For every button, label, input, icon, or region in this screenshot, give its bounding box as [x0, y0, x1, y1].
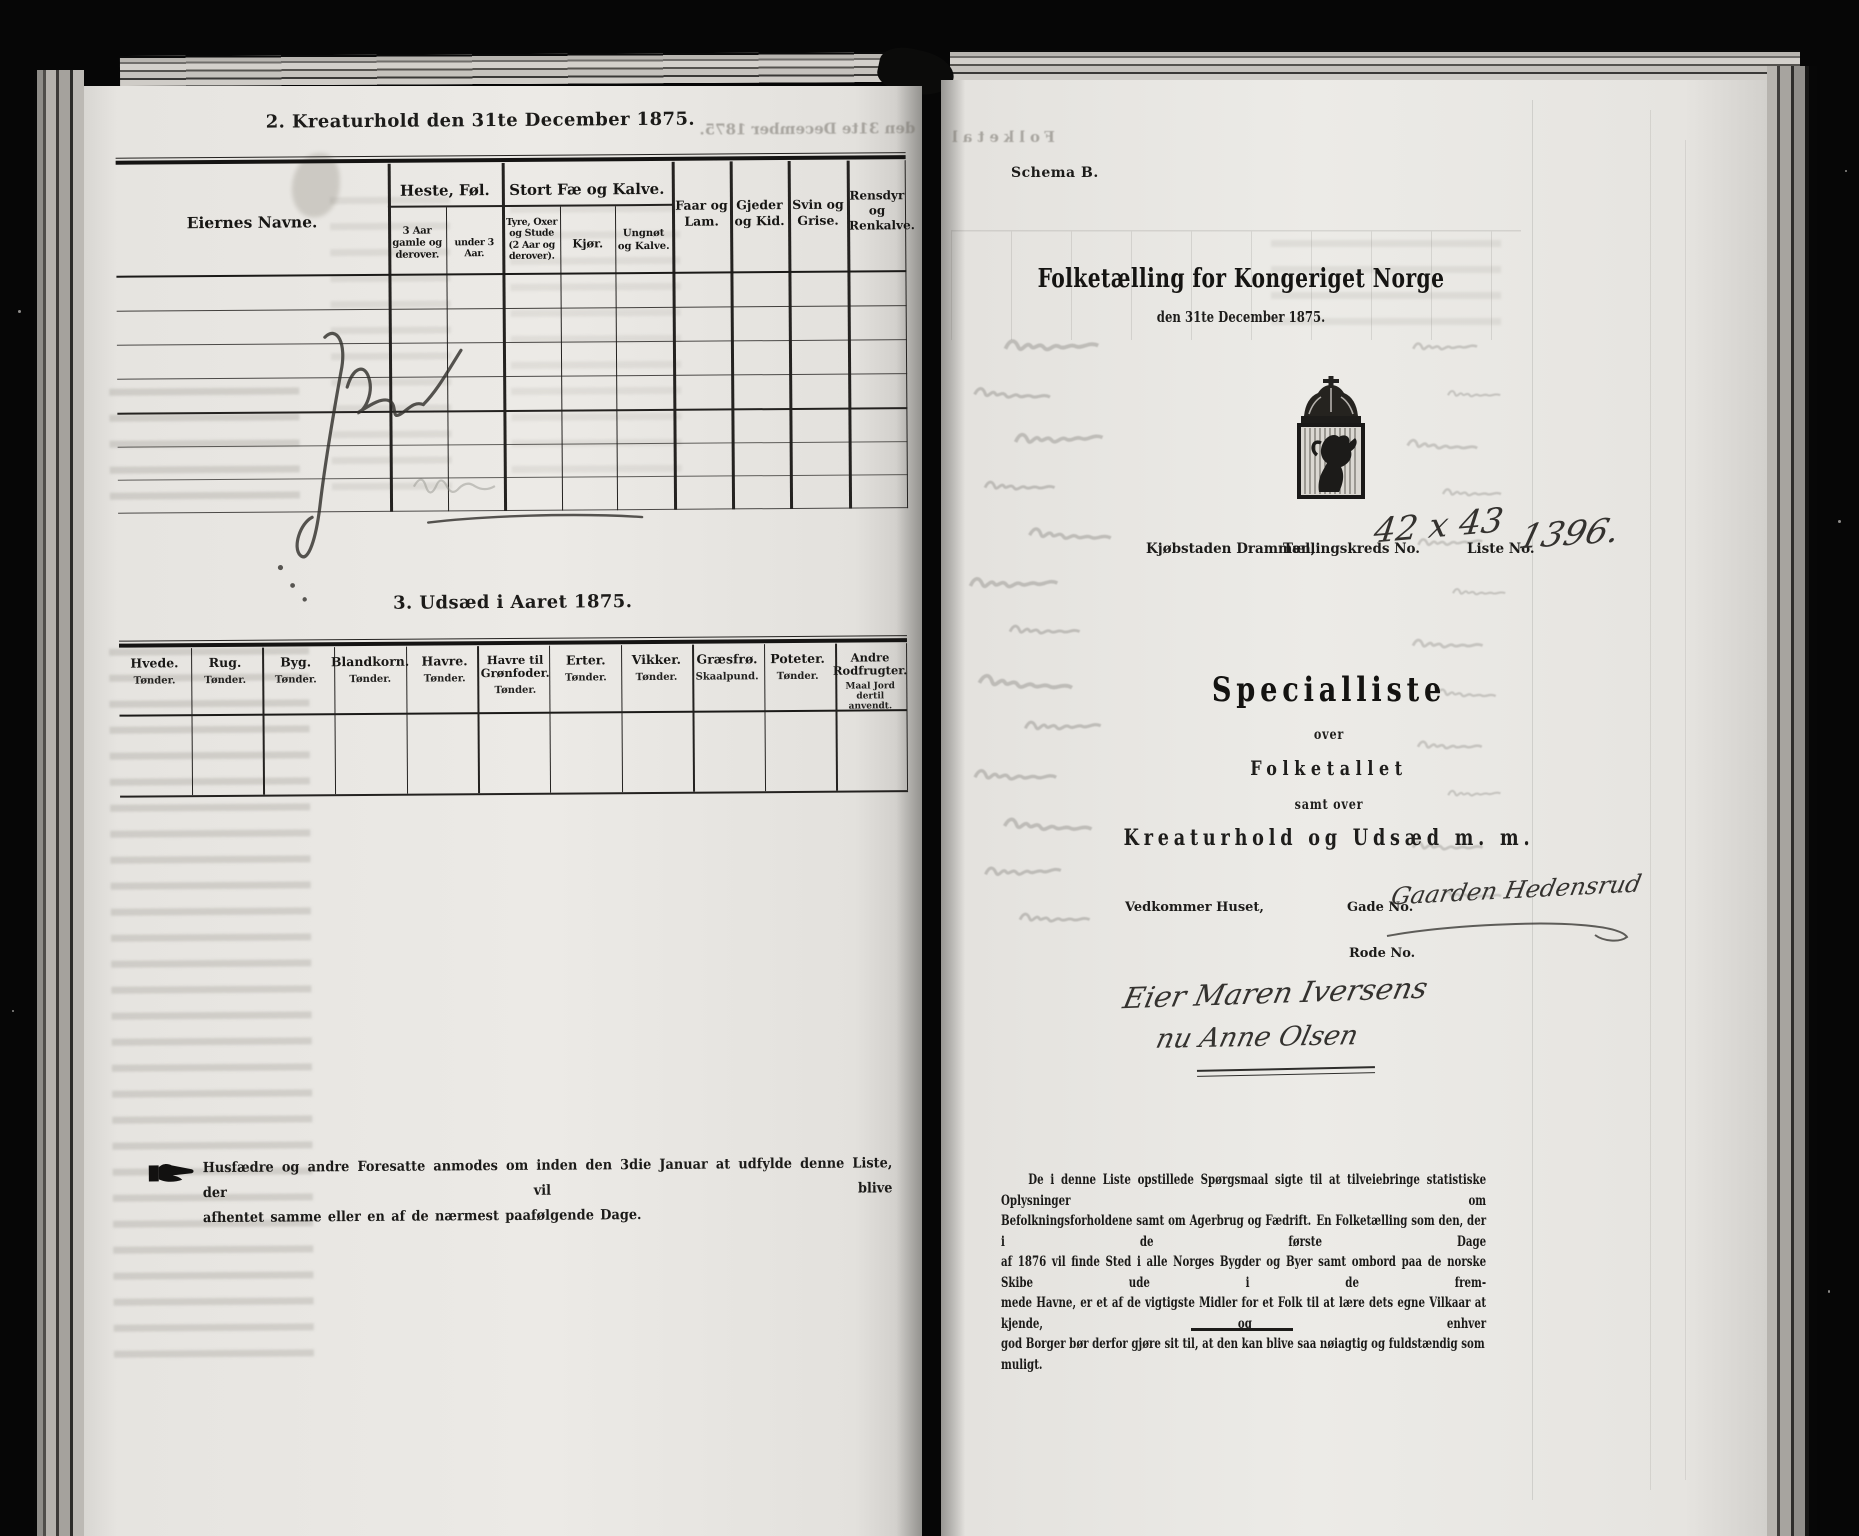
kreaturhold-heading: Kreaturhold og Udsæd m. m.	[1089, 825, 1569, 851]
archival-scan: den 31te December 1875. 2. Kreaturhold d…	[0, 0, 1859, 1536]
paragraph-line: god Borger bør derfor gjøre sit til, at …	[1001, 1334, 1486, 1375]
dust-speck	[12, 1010, 14, 1012]
pointing-hand-icon	[149, 1160, 195, 1186]
table3-col-hvede: Hvede. Tønder.	[119, 649, 190, 713]
table3-col-havre: Havre. Tønder.	[409, 647, 480, 711]
table3-title: 3. Udsæd i Aaret 1875.	[119, 589, 907, 616]
table3-col-blandkorn: Blandkorn. Tønder.	[331, 648, 410, 713]
col-header-gjeder-kid: Gjeder og Kid.	[731, 197, 788, 230]
dust-speck	[18, 310, 21, 313]
paragraph-line: af 1876 vil finde Sted i alle Norges Byg…	[1001, 1252, 1486, 1293]
census-date: den 31te December 1875.	[1007, 308, 1475, 326]
page-stack-top-edge-right	[950, 50, 1800, 80]
subheader-heste-under3: under 3 Aar.	[447, 237, 501, 260]
census-title: Folketælling for Kongeriget Norge	[1007, 264, 1475, 294]
group-header-stort-fae: Stort Fæ og Kalve.	[502, 180, 672, 199]
subheader-tyre-oxer: Tyre, Oxer og Stude (2 Aar og derover).	[504, 217, 559, 263]
heading-block: Specialliste over Folketallet samt over …	[1089, 670, 1569, 851]
footnote-line2: afhentet samme eller en af de nærmest pa…	[203, 1201, 893, 1231]
col-header-svin-grise: Svin og Grise.	[789, 197, 847, 230]
rule	[905, 160, 909, 508]
rule	[120, 790, 908, 797]
paper-crease	[1532, 100, 1533, 1500]
subheader-kjor: Kjør.	[560, 236, 615, 250]
dust-speck	[1828, 1290, 1830, 1293]
handwriting-flourish	[1381, 918, 1631, 944]
table3-col-rodfrugter: Andre Rodfrugter. Maal Jord dertil anven…	[833, 644, 908, 709]
subheader-heste-3aar: 3 Aar gamle og derover.	[389, 225, 445, 261]
explanatory-paragraph: De i denne Liste opstillede Spørgsmaal s…	[1001, 1170, 1501, 1375]
dust-speck	[1845, 170, 1847, 172]
specialliste-heading: Specialliste	[1089, 670, 1569, 710]
group-header-heste: Heste, Føl.	[388, 181, 502, 200]
page-stack-right-edge	[1767, 66, 1817, 1536]
col-header-rensdyr: Rensdyr og Renkalve.	[849, 188, 905, 233]
bleedthrough-header-text: Folketal	[947, 128, 1055, 146]
page-stack-left-edge	[34, 70, 84, 1536]
table3-col-vikker: Vikker. Tønder.	[621, 646, 692, 710]
col-header-eiernes-navne: Eiernes Navne.	[116, 212, 388, 233]
owner-name-handwritten: Eier Maren Iversens	[1120, 971, 1431, 1015]
page-stack-top-edge-left	[120, 52, 920, 86]
norway-coat-of-arms	[1292, 376, 1370, 500]
footnote-line1: Husfædre og andre Foresatte anmodes om i…	[203, 1151, 893, 1206]
table3-col-graesfro: Græsfrø. Skaalpund.	[692, 645, 763, 709]
table3-col-havre-gronfoder: Havre til Grønfoder. Tønder.	[480, 647, 551, 711]
table3-col-byg: Byg. Tønder.	[260, 648, 331, 712]
samt-over-text: samt over	[1089, 797, 1569, 813]
bleedthrough-handwriting-left	[945, 326, 1160, 946]
paragraph-line: Befolkningsforholdene samt om Agerbrug o…	[1001, 1211, 1486, 1252]
table3-col-rug: Rug. Tønder.	[190, 649, 261, 713]
subheader-ungnot: Ungnøt og Kalve.	[615, 228, 672, 253]
table3-col-erter: Erter. Tønder.	[550, 646, 621, 710]
footnote: Husfædre og andre Foresatte anmodes om i…	[203, 1151, 894, 1231]
schema-label: Schema B.	[1011, 165, 1099, 181]
vedkommer-label: Vedkommer Huset,	[1125, 900, 1264, 915]
handwritten-scrawl	[241, 325, 663, 678]
table3-header-row: Hvede. Tønder. Rug. Tønder. Byg. Tønder.…	[119, 644, 907, 713]
right-page: Folketal Schema B.	[941, 80, 1767, 1536]
folketallet-heading: Folketallet	[1089, 756, 1569, 780]
col-header-faar-lam: Faar og Lam.	[673, 197, 730, 230]
paper-crease	[1685, 140, 1686, 1480]
udsaed-table: Hvede. Tønder. Rug. Tønder. Byg. Tønder.…	[119, 635, 908, 798]
owner-name2-handwritten: nu Anne Olsen	[1153, 1020, 1361, 1054]
closing-rule	[1191, 1328, 1293, 1331]
handwriting-underline	[1197, 1066, 1375, 1077]
table3-col-poteter: Poteter. Tønder.	[762, 645, 833, 709]
bleedthrough-handwriting-right	[1393, 326, 1553, 946]
rule	[388, 204, 674, 207]
rode-no-label: Rode No.	[1349, 946, 1415, 961]
title-block: Folketælling for Kongeriget Norge den 31…	[1007, 264, 1475, 326]
dust-speck	[1838, 520, 1841, 523]
over-text: over	[1089, 727, 1569, 743]
left-page: den 31te December 1875. 2. Kreaturhold d…	[84, 86, 922, 1536]
paper-crease	[1650, 110, 1651, 1490]
paragraph-line: De i denne Liste opstillede Spørgsmaal s…	[1001, 1170, 1486, 1211]
